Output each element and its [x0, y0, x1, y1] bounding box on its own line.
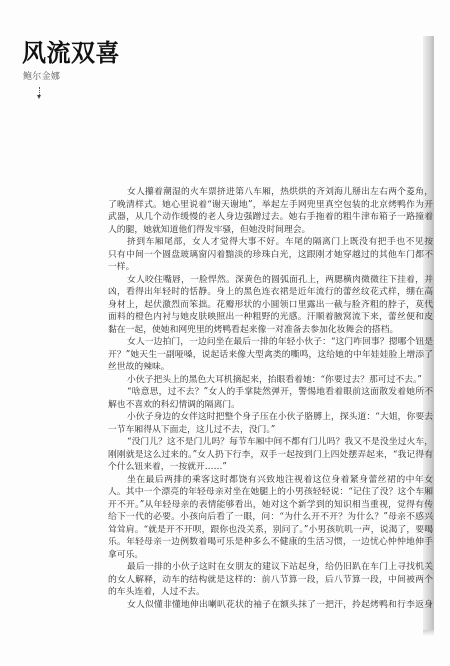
text-line: 一节车厢得从下面走，这儿过不去，没门。” — [108, 424, 433, 437]
text-line: 女人攥着潮湿的火车票挤进第八车厢，热烘烘的齐刘海儿掰出左右两个菱角，成 — [108, 186, 433, 199]
text-line: 乐。年轻母亲一边例数着喝可乐是种多么不健康的生活习惯，一边忧心忡忡地伸手去 — [108, 536, 433, 549]
text-line: 解也不喜欢的科幻情调的隔离门。 — [108, 399, 433, 412]
text-line: “没门儿？这不是门儿吗？每节车厢中间不都有门儿吗？我又不是没坐过火车，我 — [108, 436, 433, 449]
text-line: 武器，从几个动作缓慢的老人身边强蹭过去。她右手拖着的粗牛津布箱子一路撞着老 — [108, 211, 433, 224]
text-line: “啥意思，过不去？”女人的手掌陡然弹开，警惕地看着眼前这面散发着她所不理 — [108, 386, 433, 399]
text-line: 只有中间一个圆盘玻璃窗闪着黯淡的珍珠白光，这跟刚才她穿越过的其他车门都不 — [108, 249, 433, 262]
text-line: 的车头连着，人过不去。 — [108, 586, 433, 599]
story-body: 女人攥着潮湿的火车票挤进第八车厢，热烘烘的齐刘海儿掰出左右两个菱角，成 了晚清样… — [108, 186, 433, 611]
text-line: 一样。 — [108, 261, 433, 274]
paragraph: 女人攥着潮湿的火车票挤进第八车厢，热烘烘的齐刘海儿掰出左右两个菱角，成 了晚清样… — [108, 186, 433, 236]
paragraph: 最后一排的小伙子这时在女朋友的建议下站起身，给仍旧趴在车门上寻找机关 的女人解释… — [108, 561, 433, 599]
text-line: 人。其中一个漂亮的年轻母亲对坐在她腿上的小男孩轻轻说：“记住了没？这个车厢门 — [108, 486, 433, 499]
text-line: 开不开。”从年轻母亲的表情能够看出，她对这个新学到的知识相当重视，觉得有传授 — [108, 499, 433, 512]
text-line: 了晚清样式。她心里说着“谢天谢地”，举起左手网兜里真空包装的北京烤鸭作为开路 — [108, 199, 433, 212]
paragraph: “没门儿？这不是门儿吗？每节车厢中间不都有门儿吗？我又不是没坐过火车，我 刚刚就… — [108, 436, 433, 474]
text-line: 凶，看得出年轻时的恬静。身上的黑色连衣裙是近年流行的蕾丝纹花式样，绷在高壮 — [108, 286, 433, 299]
paragraph: 女人似懂非懂地伸出喇叭花状的袖子在额头抹了一把汗，拎起烤鸭和行李返身 — [108, 599, 433, 612]
text-line: 女人一边拍门，一边问坐在最后一排的年轻小伙子：“这门咋回事？摁哪个钮是 — [108, 336, 433, 349]
paragraph: “啥意思，过不去？”女人的手掌陡然弹开，警惕地看着眼前这面散发着她所不理 解也不… — [108, 386, 433, 411]
text-line: 黏在一起，使她和网兜里的烤鸭看起来像一对准备去参加化妆舞会的搭档。 — [108, 324, 433, 337]
text-line: 挤到车厢尾部，女人才觉得大事不好。车尾的隔离门上既没有把手也不见按钮， — [108, 236, 433, 249]
text-line: 面料的橙色内衬与她皮肤映照出一种粗野的光感。汗顺着腋窝流下来，蕾丝便和皮肤 — [108, 311, 433, 324]
text-line: 耸耸肩。“就是开不开呗，跟你也没关系，别问了。”小男孩吭叽一声，说渴了，要喝可 — [108, 524, 433, 537]
paragraph: 女人一边拍门，一边问坐在最后一排的年轻小伙子：“这门咋回事？摁哪个钮是 开？”她… — [108, 336, 433, 374]
text-line: 个什么钮来着，一按就开……” — [108, 461, 433, 474]
author-name: 鲍尔金娜 — [23, 72, 60, 83]
text-line: 坐在最后两排的乘客这时都饶有兴致地注视着这位身着紧身蕾丝裙的中年女 — [108, 474, 433, 487]
text-line: 女人咬住嘴唇，一脸悍然。深黄色的圆弧面孔上，两腮横肉微微往下挂着，并不 — [108, 274, 433, 287]
text-line: 小伙子身边的女伴这时把整个身子压在小伙子胳膊上，探头道：“大姐，你要去下 — [108, 411, 433, 424]
down-arrow-icon — [38, 87, 41, 99]
paragraph: 挤到车厢尾部，女人才觉得大事不好。车尾的隔离门上既没有把手也不见按钮， 只有中间… — [108, 236, 433, 274]
paragraph: 小伙子身边的女伴这时把整个身子压在小伙子胳膊上，探头道：“大姐，你要去下 一节车… — [108, 411, 433, 436]
text-line: 人的腿，她就知道他们得发牢骚，但她没时间理会。 — [108, 224, 433, 237]
arrow-shaft — [39, 87, 40, 95]
story-title: 风流双喜 — [22, 39, 120, 67]
text-line: 最后一排的小伙子这时在女朋友的建议下站起身，给仍旧趴在车门上寻找机关 — [108, 561, 433, 574]
text-line: 给下一代的必要。小孩向后看了一眼，问：“为什么开不开？为什么？”母亲不感兴趣地 — [108, 511, 433, 524]
text-line: 女人似懂非懂地伸出喇叭花状的袖子在额头抹了一把汗，拎起烤鸭和行李返身 — [108, 599, 433, 612]
text-line: 开？”她天生一副哑嗓，说起话来像大型禽类的嘶鸣，这给她的中年娃娃脸上增添了一 — [108, 349, 433, 362]
text-line: 拿可乐。 — [108, 549, 433, 562]
paragraph: 小伙子把头上的黑色大耳机摘起来，抬眼看着她：“你要过去？那可过不去。” — [108, 374, 433, 387]
paragraph: 女人咬住嘴唇，一脸悍然。深黄色的圆弧面孔上，两腮横肉微微往下挂着，并不 凶，看得… — [108, 274, 433, 337]
text-line: 身材上，起伏激烈而笨拙。花瓣形状的小圆领口里露出一截与脸齐粗的脖子，莫代尔 — [108, 299, 433, 312]
arrow-head — [37, 95, 41, 99]
text-line: 刚刚就是这么过来的。”女人扔下行李，双手一起按到门上四处摆弄起来，“我记得有 — [108, 449, 433, 462]
text-line: 的女人解释，动车的结构就是这样的：前八节算一段，后八节算一段，中间被两个对置 — [108, 574, 433, 587]
text-line: 丝世故的辣味。 — [108, 361, 433, 374]
text-line: 小伙子把头上的黑色大耳机摘起来，抬眼看着她：“你要过去？那可过不去。” — [108, 374, 433, 387]
paragraph: 坐在最后两排的乘客这时都饶有兴致地注视着这位身着紧身蕾丝裙的中年女 人。其中一个… — [108, 474, 433, 562]
